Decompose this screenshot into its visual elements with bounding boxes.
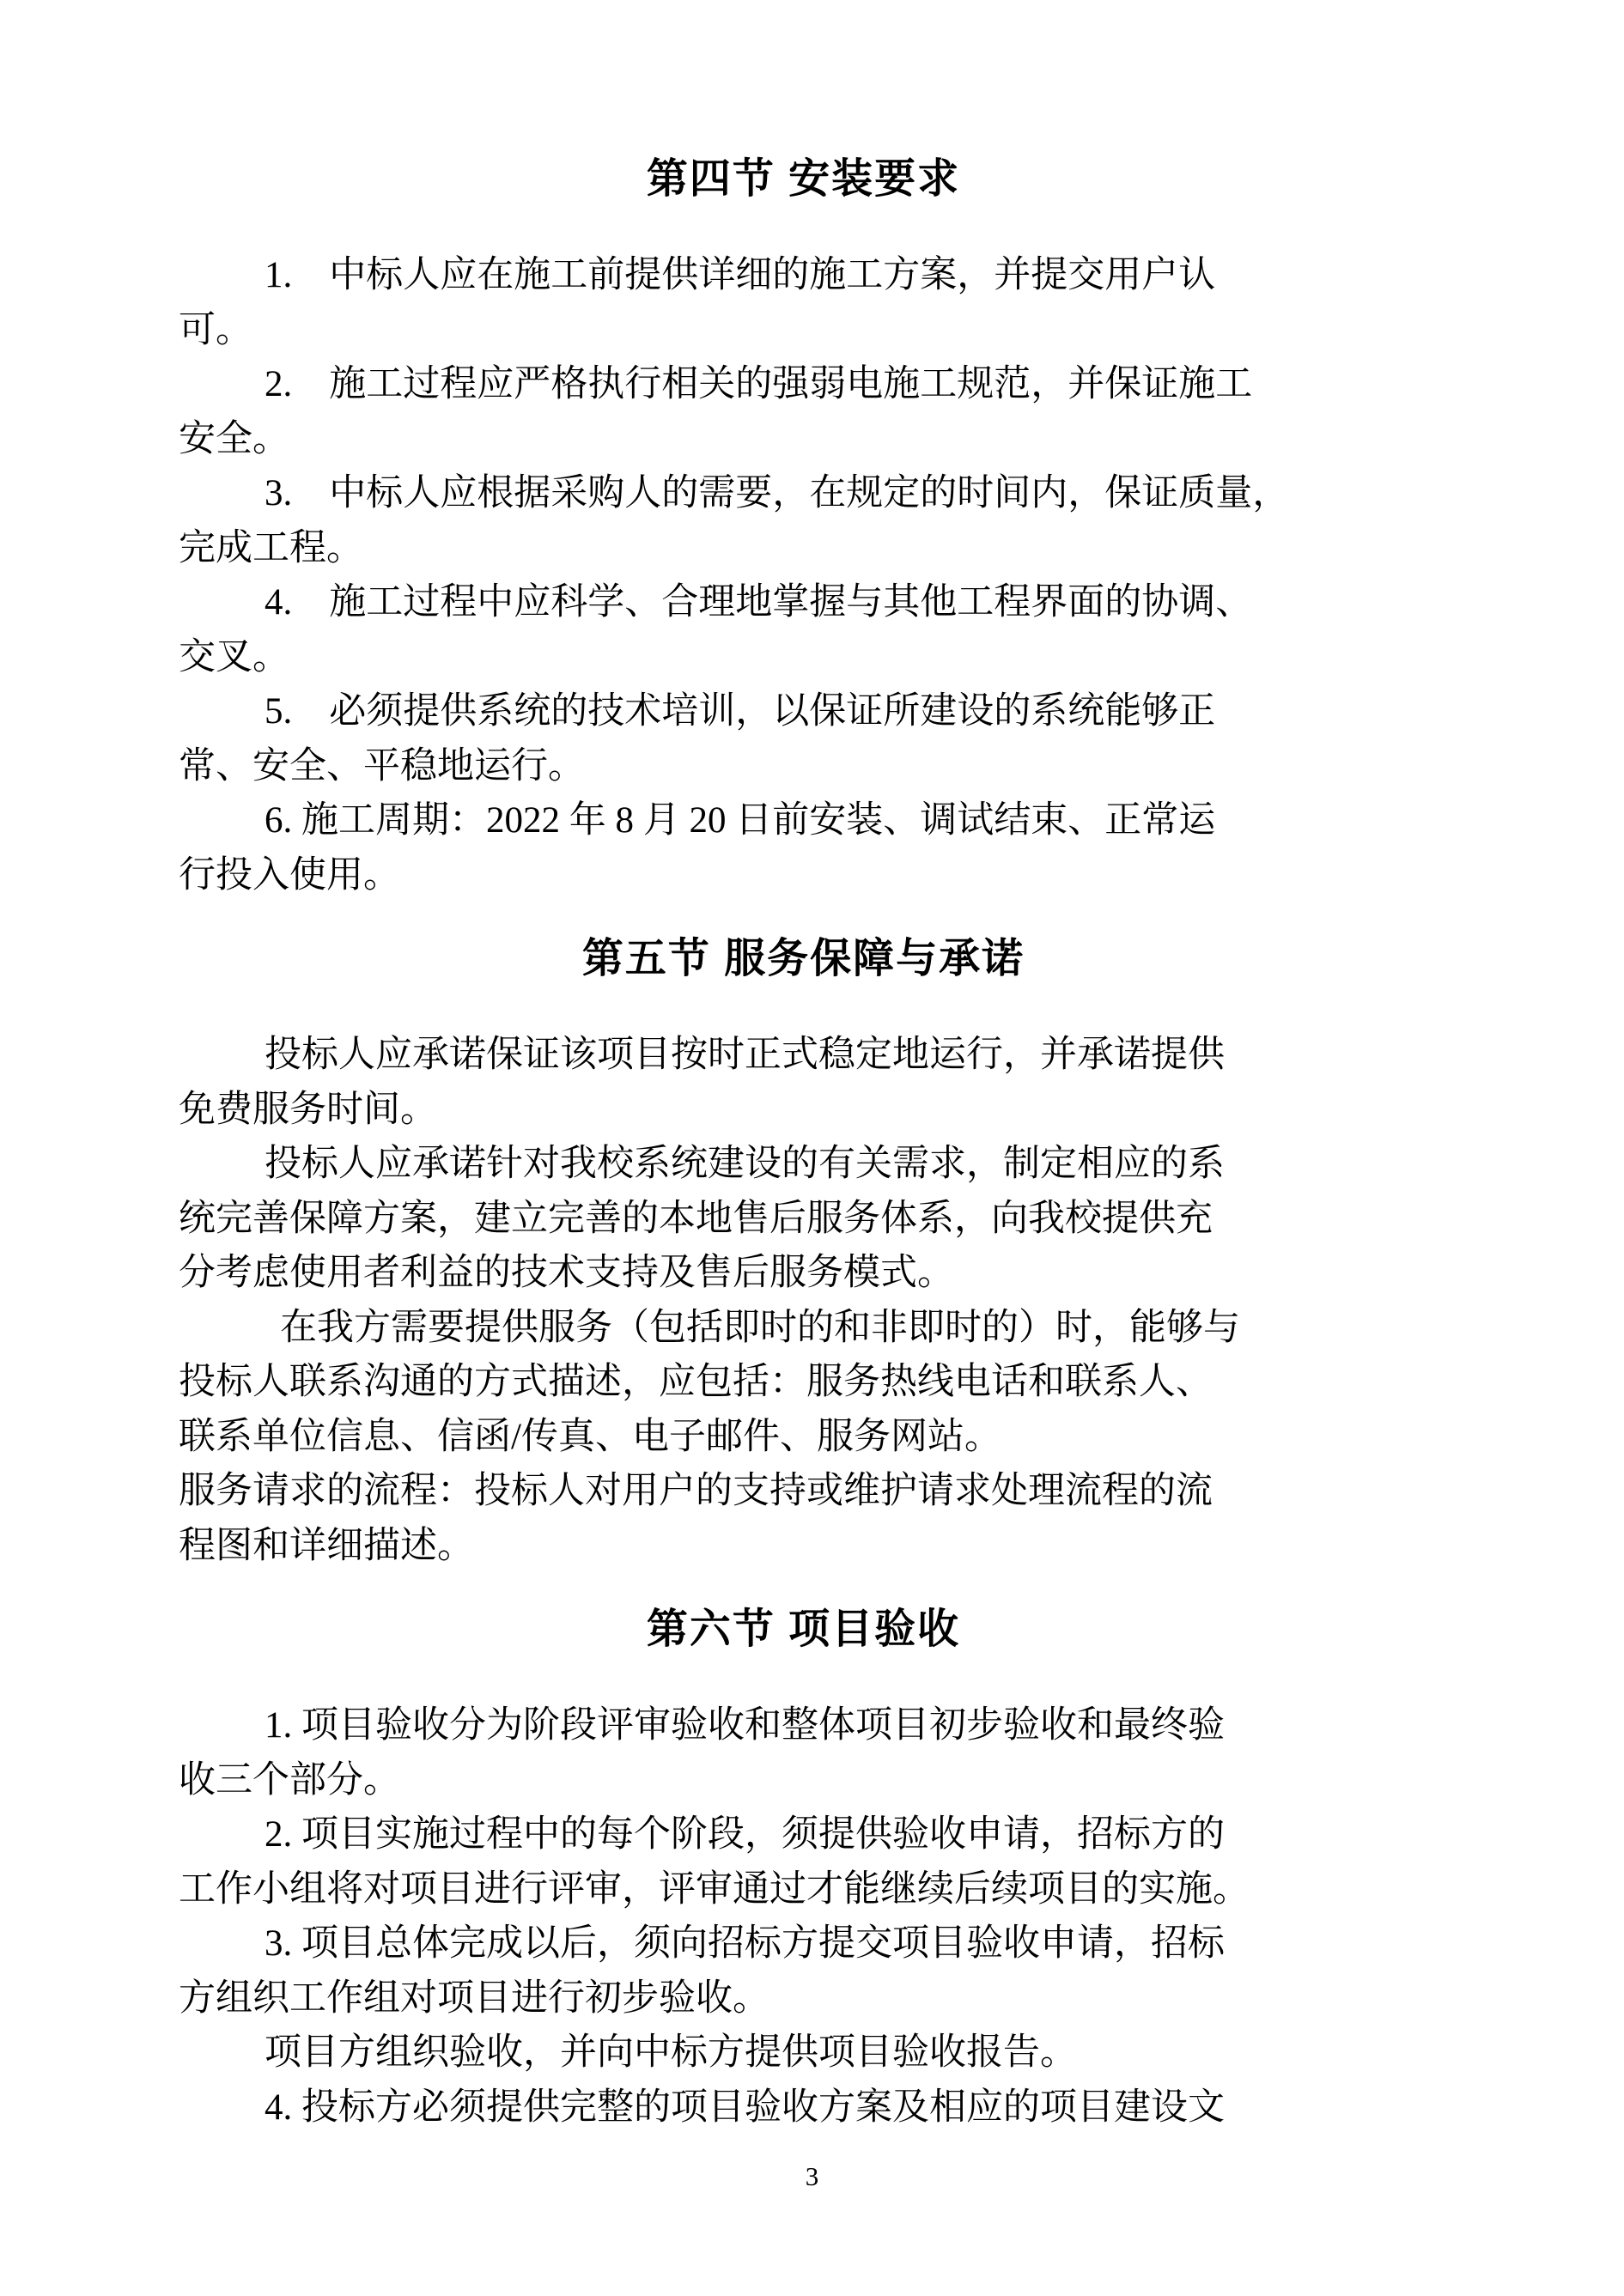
paragraph: 5. 必须提供系统的技术培训，以保证所建设的系统能够正 常、安全、平稳地运行。 [179,684,1428,793]
paragraph: 投标人应承诺保证该项目按时正式稳定地运行，并承诺提供 免费服务时间。 [179,1028,1428,1137]
paragraph: 3. 项目总体完成以后，须向招标方提交项目验收申请，招标 方组织工作组对项目进行… [179,1916,1428,2026]
paragraph: 4. 施工过程中应科学、合理地掌握与其他工程界面的协调、 交叉。 [179,575,1428,684]
section-heading: 第五节 服务保障与承诺 [179,932,1428,987]
paragraph: 服务请求的流程：投标人对用户的支持或维护请求处理流程的流 程图和详细描述。 [179,1464,1428,1573]
paragraph: 6. 施工周期：2022 年 8 月 20 日前安装、调试结束、正常运 行投入使… [179,793,1428,902]
paragraph: 投标人应承诺针对我校系统建设的有关需求，制定相应的系 统完善保障方案，建立完善的… [179,1137,1428,1301]
paragraph: 4. 投标方必须提供完整的项目验收方案及相应的项目建设文 [179,2080,1428,2135]
paragraph: 在我方需要提供服务（包括即时的和非即时的）时，能够与 投标人联系沟通的方式描述，… [179,1301,1428,1465]
document-page: 第四节 安装要求1. 中标人应在施工前提供详细的施工方案，并提交用户认 可。2.… [0,0,1624,2296]
document-body: 第四节 安装要求1. 中标人应在施工前提供详细的施工方案，并提交用户认 可。2.… [179,123,1428,2135]
paragraph: 1. 项目验收分为阶段评审验收和整体项目初步验收和最终验 收三个部分。 [179,1698,1428,1807]
paragraph: 项目方组织验收，并向中标方提供项目验收报告。 [179,2026,1428,2080]
paragraph: 2. 施工过程应严格执行相关的强弱电施工规范，并保证施工 安全。 [179,357,1428,466]
section-heading: 第四节 安装要求 [179,152,1428,207]
paragraph: 1. 中标人应在施工前提供详细的施工方案，并提交用户认 可。 [179,248,1428,357]
paragraph: 2. 项目实施过程中的每个阶段，须提供验收申请，招标方的 工作小组将对项目进行评… [179,1807,1428,1916]
page-number: 3 [0,2159,1624,2194]
section-heading: 第六节 项目验收 [179,1602,1428,1657]
paragraph: 3. 中标人应根据采购人的需要，在规定的时间内，保证质量， 完成工程。 [179,466,1428,575]
